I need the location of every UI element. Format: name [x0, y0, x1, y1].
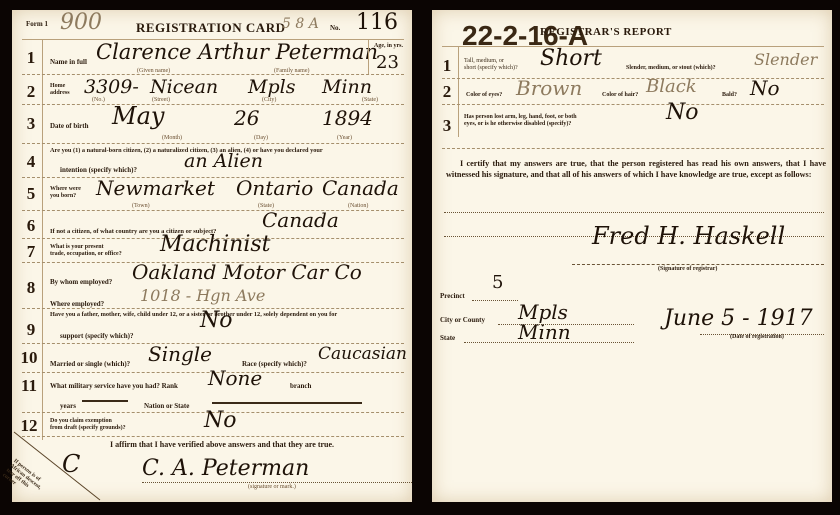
precinct-label: Precinct — [440, 292, 465, 300]
occupation-value: Machinist — [160, 232, 271, 257]
military-rank-value: None — [208, 366, 262, 390]
address-state: Minn — [322, 76, 372, 98]
marital-value: Single — [148, 342, 212, 366]
form-pencil-number: 900 — [60, 10, 102, 35]
disability-label-2: eyes, or is he otherwise disabled (speci… — [464, 121, 571, 127]
state-value: Minn — [518, 320, 571, 344]
birth-town: Newmarket — [96, 176, 215, 200]
city-county-label: City or County — [440, 316, 485, 324]
certification-text: I certify that my answers are true, that… — [446, 158, 826, 180]
disability-label-1: Has person lost arm, leg, hand, foot, or… — [464, 114, 577, 120]
address-city: Mpls — [248, 76, 295, 98]
employer-location-value: 1018 - Hgn Ave — [140, 286, 265, 305]
disability-value: No — [666, 100, 699, 125]
height-label-2: short (specify which)? — [464, 65, 518, 71]
birth-state: Ontario — [236, 176, 313, 200]
registrar-signature: Fred H. Haskell — [592, 222, 785, 250]
bald-value: No — [750, 76, 780, 100]
hair-color-value: Black — [646, 76, 697, 97]
field-number-9: 9 — [22, 320, 40, 340]
eye-color-label: Color of eyes? — [466, 92, 502, 98]
eye-color-value: Brown — [516, 76, 582, 100]
field-number-3: 3 — [22, 114, 40, 134]
signature-label: (signature or mark.) — [248, 484, 296, 490]
address-number: 3309- — [84, 76, 139, 98]
dob-year: 1894 — [322, 106, 373, 130]
home-label-1: Home — [50, 83, 65, 89]
report-field-number-3: 3 — [438, 116, 456, 136]
military-label: What military service have you had? Rank — [50, 382, 178, 390]
birthplace-label-2: you born? — [50, 193, 76, 199]
corner-mark: C — [62, 450, 80, 478]
dependents-value: No — [200, 308, 233, 333]
citizenship-value: an Alien — [184, 150, 263, 172]
height-label-1: Tall, medium, or — [464, 58, 504, 64]
age-value: 23 — [376, 52, 399, 73]
home-label-2: address — [50, 90, 70, 96]
field-number-6: 6 — [22, 216, 40, 236]
field-number-1: 1 — [22, 48, 40, 68]
registrant-signature: C. A. Peterman — [142, 456, 309, 481]
exemption-label-1: Do you claim exemption — [50, 418, 112, 424]
years-label: years — [60, 402, 76, 410]
field-number-10: 10 — [20, 348, 38, 368]
no-sublabel: (No.) — [92, 97, 105, 103]
occupation-label-1: What is your present — [50, 244, 104, 250]
citizenship-label: intention (specify which)? — [60, 166, 137, 174]
employer-label: By whom employed? — [50, 278, 112, 286]
field-number-11: 11 — [20, 376, 38, 396]
dob-month: May — [112, 102, 164, 130]
birthplace-label-1: Where were — [50, 186, 81, 192]
citizen-country-value: Canada — [262, 208, 339, 232]
field-number-7: 7 — [22, 242, 40, 262]
registration-card-front: Form 1 900 REGISTRATION CARD 5 8 A No. 1… — [12, 10, 412, 502]
name-value: Clarence Arthur Peterman — [96, 40, 378, 64]
birth-nation: Canada — [322, 176, 399, 200]
registrars-report-back: 22-2-16-A REGISTRAR'S REPORT 1 Tall, med… — [432, 10, 832, 502]
bald-label: Bald? — [722, 92, 737, 98]
year-sublabel: (Year) — [337, 135, 352, 141]
stamp-overwrite: 5 8 A — [282, 16, 319, 32]
state-sublabel: (State) — [362, 97, 378, 103]
field-number-5: 5 — [22, 184, 40, 204]
precinct-value: 5 — [492, 272, 503, 293]
report-field-number-1: 1 — [438, 56, 456, 76]
registration-date: June 5 - 1917 — [664, 306, 813, 331]
employer-value: Oakland Motor Car Co — [132, 260, 362, 284]
registrar-signature-label: (Signature of registrar) — [658, 266, 717, 272]
branch-label: branch — [290, 382, 311, 390]
age-label: Age, in yrs. — [374, 43, 403, 49]
name-label: Name in full — [50, 58, 87, 66]
city-sublabel: (City) — [262, 97, 276, 103]
state-label: State — [440, 334, 455, 342]
card-title: REGISTRATION CARD — [136, 20, 285, 36]
marital-label: Married or single (which)? — [50, 360, 130, 368]
nation-state-label: Nation or State — [144, 402, 189, 410]
height-value: Short — [540, 46, 602, 71]
registration-date-label: (Date of registration) — [730, 334, 784, 340]
field-number-8: 8 — [22, 278, 40, 298]
hair-color-label: Color of hair? — [602, 92, 638, 98]
town-sublabel: (Town) — [132, 203, 150, 209]
day-sublabel: (Day) — [254, 135, 268, 141]
card-no-prefix: No. — [330, 24, 340, 32]
build-label: Slender, medium, or stout (which)? — [626, 65, 716, 71]
report-title: REGISTRAR'S REPORT — [540, 26, 672, 38]
race-value: Caucasian — [318, 344, 407, 364]
month-sublabel: (Month) — [162, 135, 182, 141]
field-number-2: 2 — [22, 82, 40, 102]
dependents-question: Have you a father, mother, wife, child u… — [50, 311, 337, 318]
form-label: Form 1 — [26, 20, 48, 28]
dependents-label: support (specify which)? — [60, 332, 134, 340]
dob-day: 26 — [234, 106, 259, 130]
exemption-value: No — [204, 408, 237, 433]
report-field-number-2: 2 — [438, 82, 456, 102]
employer-location-label: Where employed? — [50, 300, 104, 308]
field-number-4: 4 — [22, 152, 40, 172]
nation-sublabel: (Nation) — [348, 203, 368, 209]
card-number: 116 — [356, 10, 398, 35]
address-street: Nicean — [150, 76, 218, 98]
occupation-label-2: trade, occupation, or office? — [50, 251, 122, 257]
build-value: Slender — [754, 50, 817, 69]
affirmation-text: I affirm that I have verified above answ… — [110, 440, 334, 449]
dob-label: Date of birth — [50, 122, 89, 130]
